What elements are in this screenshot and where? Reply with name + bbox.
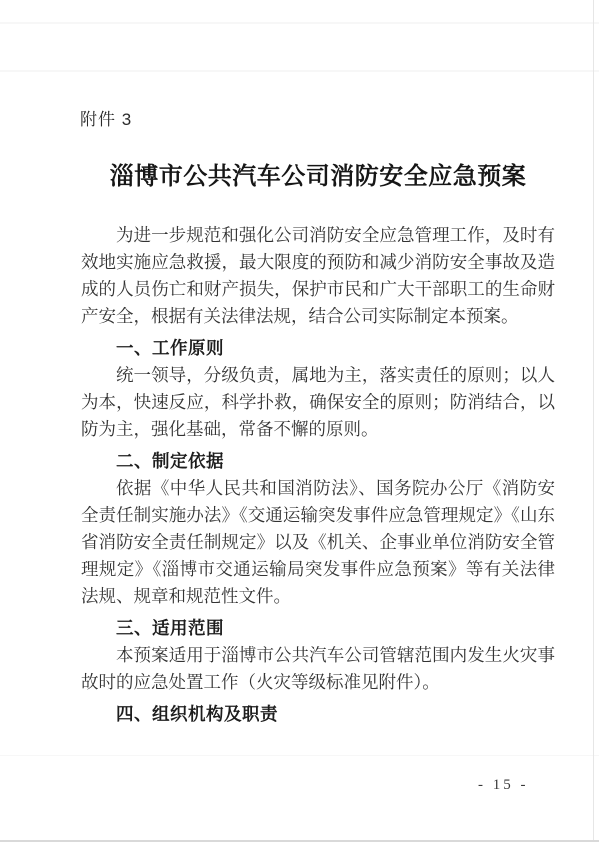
section-heading-organization-duties: 四、组织机构及职责: [81, 701, 555, 728]
document-title: 淄博市公共汽车公司消防安全应急预案: [81, 156, 555, 191]
attachment-label: 附件 3: [80, 105, 132, 130]
section-paragraph-scope: 本预案适用于淄博市公共汽车公司管辖范围内发生火灾事故时的应急处置工作（火灾等级标…: [81, 642, 555, 696]
section-paragraph-work-principles: 统一领导，分级负责，属地为主，落实责任的原则；以人为本，快速反应，科学扑救，确保…: [81, 362, 555, 443]
section-heading-formulation-basis: 二、制定依据: [81, 448, 555, 475]
scan-artifact-band: [0, 22, 599, 24]
intro-paragraph: 为进一步规范和强化公司消防安全应急管理工作，及时有效地实施应急救援，最大限度的预…: [81, 222, 555, 330]
section-heading-work-principles: 一、工作原则: [81, 335, 555, 362]
scan-artifact-band: [0, 755, 599, 756]
page-number: - 15 -: [478, 777, 529, 794]
section-paragraph-formulation-basis: 依据《中华人民共和国消防法》、国务院办公厅《消防安全责任制实施办法》《交通运输突…: [81, 475, 555, 610]
scan-artifact-band: [0, 70, 599, 72]
section-heading-scope: 三、适用范围: [81, 615, 555, 642]
document-page: 附件 3 淄博市公共汽车公司消防安全应急预案 为进一步规范和强化公司消防安全应急…: [0, 0, 599, 842]
document-body: 为进一步规范和强化公司消防安全应急管理工作，及时有效地实施应急救援，最大限度的预…: [81, 222, 555, 728]
scan-edge-right: [593, 0, 594, 842]
